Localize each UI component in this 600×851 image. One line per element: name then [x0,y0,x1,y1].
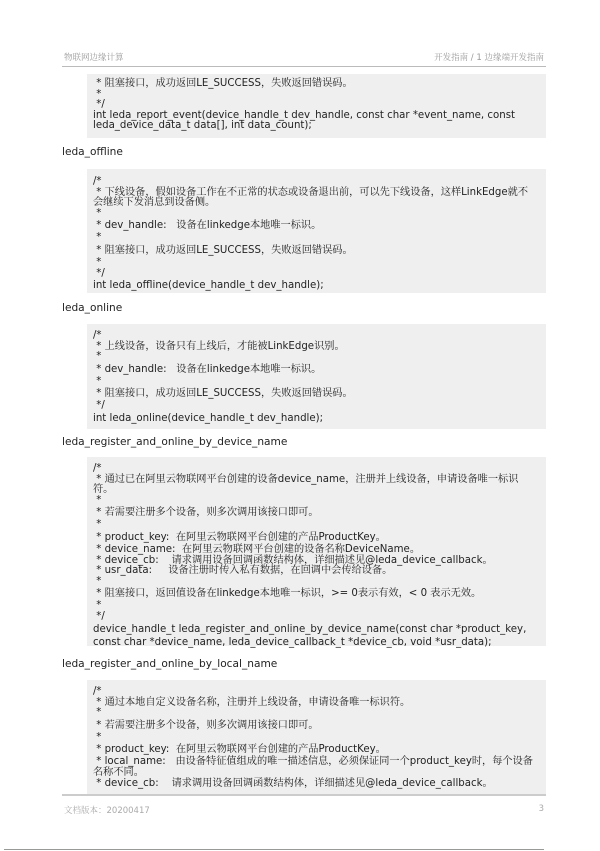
code-line: * device_cb: 请求调用设备回调函数结构体，详细描述见@leda_de… [93,779,546,790]
code-line: * device_name: 在阿里云物联网平台创建的设备名称DeviceNam… [93,545,546,556]
code-line: * dev_handle: 设备在linkedge本地唯一标识。 [93,363,546,377]
code-line: * usr_data: 设备注册时传入私有数据，在回调中会传给设备。 [93,566,546,577]
code-line: * 若需要注册多个设备，则多次调用该接口即可。 [93,719,546,733]
code-line: * [93,520,546,531]
doc-version: 文档版本：20200417 [64,804,150,816]
code-line: /* [93,331,546,342]
code-line: * [93,377,546,388]
code-line: * product_key: 在阿里云物联网平台创建的产品ProductKey。 [93,531,546,545]
code-line: * 阻塞接口，成功返回LE_SUCCESS，失败返回错误码。 [93,79,546,90]
code-block-register-by-device-name: /* * 通过已在阿里云物联网平台创建的设备device_name，注册并上线设… [87,457,546,646]
code-line: /* [93,464,546,475]
code-block-register-by-local-name: /* * 通过本地自定义设备名称，注册并上线设备，申请设备唯一标识符。 * * … [87,680,546,794]
code-line: * [93,209,546,220]
code-line: * 通过已在阿里云物联网平台创建的设备device_name，注册并上线设备，申… [93,475,546,486]
page-number: 3 [539,804,544,814]
code-line: * [93,708,546,719]
code-line: * 阻塞接口，返回值设备在linkedge本地唯一标识，>= 0表示有效，< 0… [93,587,546,601]
code-block-leda-offline: /* * 下线设备，假如设备工作在不正常的状态或设备退出前，可以先下线设备，这样… [87,169,546,293]
code-line: /* [93,177,546,188]
function-heading-leda-online: leda_online [62,302,122,314]
code-line: * local_name: 由设备特征值组成的唯一描述信息，必须保证同一个pro… [93,757,546,768]
code-line: * [93,90,546,101]
code-line: * [93,233,546,244]
header-doc-title: 物联网边缘计算 [64,51,124,63]
code-line: /* [93,687,546,698]
code-line: * 阻塞接口，成功返回LE_SUCCESS，失败返回错误码。 [93,244,546,258]
code-line: * [93,577,546,588]
code-line: */ [93,269,546,280]
code-block-leda-online: /* * 上线设备，设备只有上线后，才能被LinkEdge识别。 * * dev… [87,324,546,429]
page-footer: 文档版本：20200417 3 [62,794,546,796]
code-line: * 阻塞接口，成功返回LE_SUCCESS，失败返回错误码。 [93,387,546,401]
code-line: * dev_handle: 设备在linkedge本地唯一标识。 [93,219,546,233]
function-heading-register-by-device-name: leda_register_and_online_by_device_name [62,436,287,448]
code-line: 符。 [93,485,546,496]
function-heading-leda-offline: leda_offline [62,146,123,158]
page-header: 物联网边缘计算 开发指南 / 1 边缘端开发指南 [62,46,546,67]
code-line: device_handle_t leda_register_and_online… [93,623,546,637]
code-line: leda_device_data_t data[], int data_coun… [93,121,546,132]
code-line: */ [93,401,546,412]
function-heading-register-by-local-name: leda_register_and_online_by_local_name [62,658,277,670]
code-line: * 若需要注册多个设备，则多次调用该接口即可。 [93,506,546,520]
code-line: int leda_offline(device_handle_t dev_han… [93,279,546,293]
code-line: 名称不同。 [93,768,546,779]
code-line: * 上线设备，设备只有上线后，才能被LinkEdge识别。 [93,342,546,353]
code-line: * [93,496,546,507]
header-breadcrumb: 开发指南 / 1 边缘端开发指南 [434,51,544,63]
code-line: * [93,733,546,744]
code-line: * [93,601,546,612]
code-line: * 通过本地自定义设备名称，注册并上线设备，申请设备唯一标识符。 [93,698,546,709]
code-block-report-event: * 阻塞接口，成功返回LE_SUCCESS，失败返回错误码。 * */ int … [87,74,546,138]
code-line: 会继续下发消息到设备侧。 [93,198,546,209]
code-line: * [93,258,546,269]
code-line: * [93,352,546,363]
code-line: */ [93,612,546,623]
code-line: int leda_online(device_handle_t dev_hand… [93,412,546,426]
code-line: const char *device_name, leda_device_cal… [93,637,546,649]
page-bottom-divider [4,849,544,850]
